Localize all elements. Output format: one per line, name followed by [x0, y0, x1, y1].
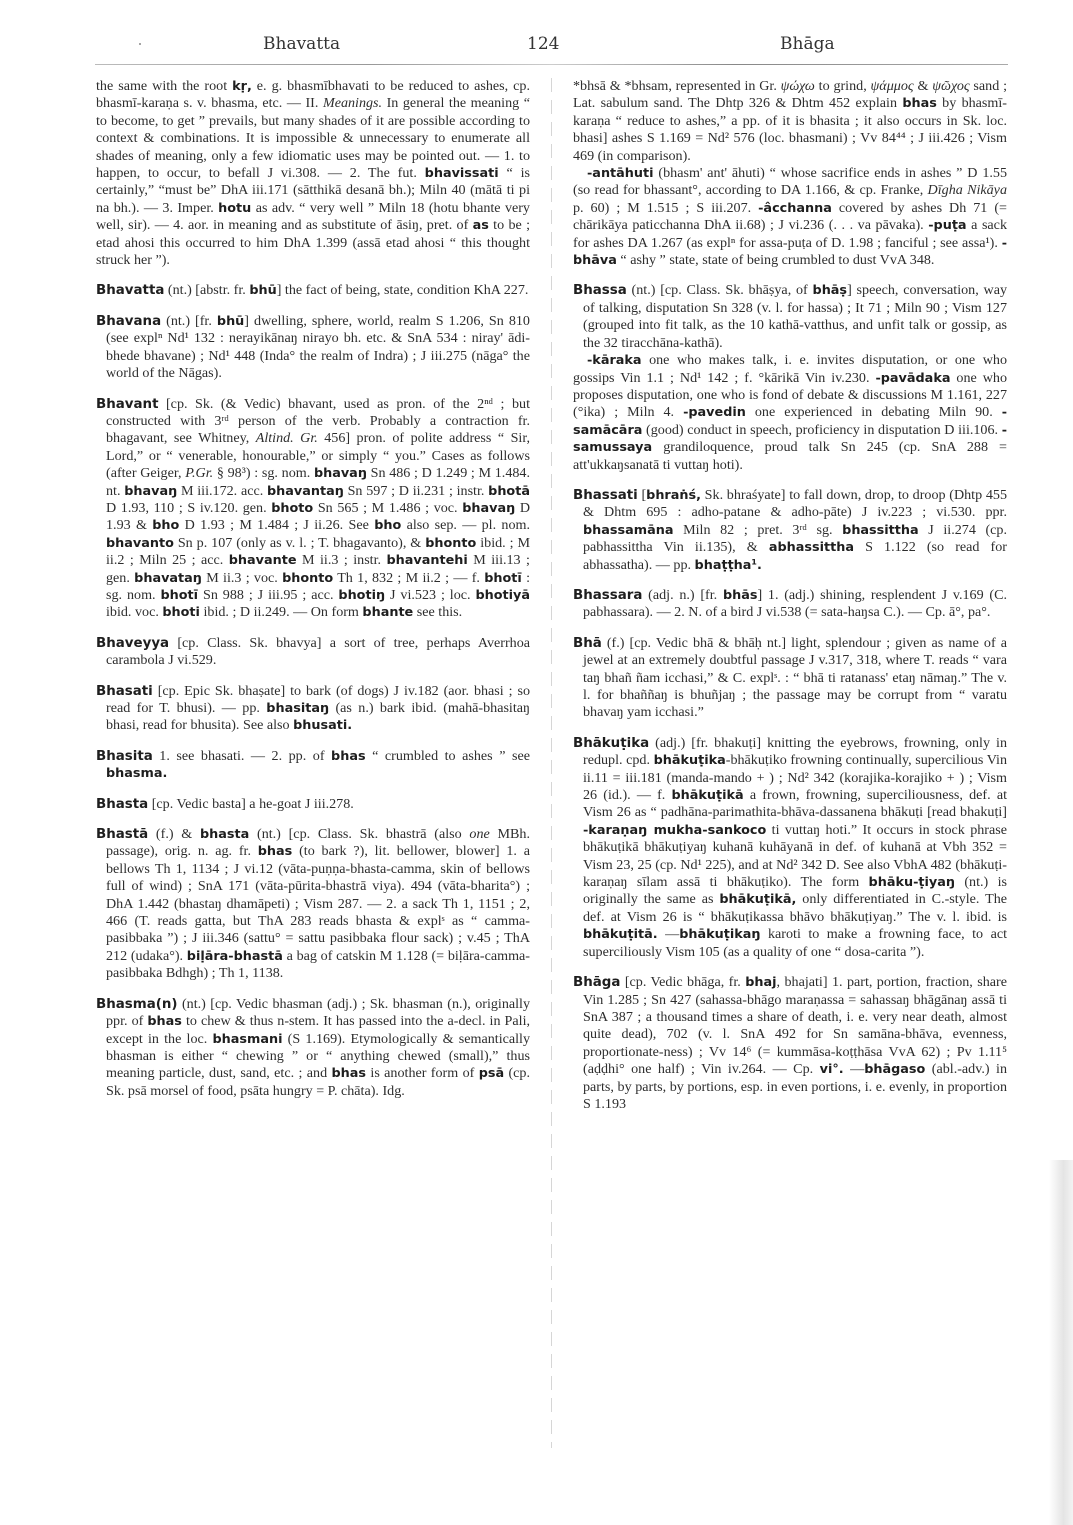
- bold-term: as: [473, 218, 489, 233]
- entry-text: *bhsā & *bhsam, represented in Gr.: [573, 78, 781, 94]
- entry-bhassa: Bhassa (nt.) [cp. Class. Sk. bhāṣya, of …: [573, 282, 1007, 352]
- entry-text: (nt.) [fr.: [161, 313, 217, 329]
- bold-term: bhasitaŋ: [266, 701, 329, 716]
- entry-text: 1. see bhasati. — 2. pp. of: [153, 748, 331, 764]
- entry-text: (to bark ?), lit. bellower, blower] 1. a…: [106, 843, 530, 963]
- entry-bhasta-feminine: Bhastā (f.) & bhasta (nt.) [cp. Class. S…: [96, 826, 530, 983]
- entry-text: also sep. — pl. nom.: [401, 517, 530, 533]
- bold-term: bhavantaŋ: [267, 484, 344, 499]
- headword: Bhā: [573, 636, 602, 651]
- entry-continuation-bhasma: *bhsā & *bhsam, represented in Gr. ψώχω …: [573, 78, 1007, 165]
- entry-text: M iii.172. acc.: [177, 483, 267, 499]
- entry-text: is another form of: [366, 1065, 479, 1081]
- entry-text: (nt.) [abstr. fr.: [164, 282, 249, 298]
- entry-text: p. 60) ; M 1.515 ; S iii.207.: [573, 200, 758, 216]
- bold-term: bhavaŋ: [124, 484, 177, 499]
- bold-term: bhas: [332, 1066, 367, 1081]
- entry-bhavatta: Bhavatta (nt.) [abstr. fr. bhū] the fact…: [96, 282, 530, 299]
- entry-text: —: [844, 1061, 865, 1077]
- bold-term: kṛ,: [232, 79, 252, 94]
- bold-term: bhavissati: [425, 166, 499, 181]
- headword: Bhavant: [96, 397, 158, 412]
- bold-term: bhavante: [229, 553, 297, 568]
- entry-text: [: [638, 487, 646, 503]
- bold-term: bhū: [249, 283, 276, 298]
- bold-term: bhāgaso: [864, 1062, 925, 1077]
- entry-bhaga: Bhāga [cp. Vedic bhāga, fr. bhaj, bhajat…: [573, 974, 1007, 1113]
- entry-bhassati: Bhassati [bhraṅś, Sk. bhraśyate] to fall…: [573, 487, 1007, 574]
- bold-term: bhāku-ṭiyaŋ: [869, 875, 955, 890]
- entry-text: “ crumbled to ashes ” see: [366, 748, 530, 764]
- bold-term: bhraṅś,: [646, 488, 701, 503]
- bold-term: bhas: [902, 96, 937, 111]
- headword: Bhasita: [96, 749, 153, 764]
- headword: Bhastā: [96, 827, 148, 842]
- headword: Bhaveyya: [96, 636, 169, 651]
- entry-text: [cp. Vedic bhāga, fr.: [620, 974, 745, 990]
- bold-term: bhusati.: [293, 718, 352, 733]
- entry-text: Th 1, 832 ; M ii.2 ; — f.: [333, 570, 484, 586]
- entry-text: M ii.3 ; instr.: [297, 552, 387, 568]
- entry-bhasati: Bhasati [cp. Epic Sk. bhaṣate] to bark (…: [96, 683, 530, 735]
- bold-term: bhassamāna: [583, 523, 674, 538]
- bold-term: bhas: [258, 844, 293, 859]
- italic-term: ψώχω: [781, 78, 815, 94]
- entry-text: see this.: [413, 604, 462, 620]
- right-column: *bhsā & *bhsam, represented in Gr. ψώχω …: [573, 78, 1007, 1126]
- bold-term: bhoto: [271, 501, 313, 516]
- bold-term: -kāraka: [587, 353, 642, 368]
- bold-term: bhās: [723, 588, 758, 603]
- bold-term: bhavanto: [106, 536, 174, 551]
- compounds-bhassa: -kāraka one who makes talk, i. e. invite…: [573, 352, 1007, 474]
- bold-term: bhavaŋ: [314, 466, 367, 481]
- compounds-bhasma: -antāhuti (bhasm' ant' āhuti) “ whose sa…: [573, 165, 1007, 269]
- entry-text: (nt.) [cp. Class. Sk. bhāṣya, of: [627, 282, 813, 298]
- bold-term: bhāṣ: [813, 283, 848, 298]
- bold-term: bhoti: [162, 605, 200, 620]
- column-separator: [551, 78, 552, 1448]
- entry-continuation-bhavati: the same with the root kṛ, e. g. bhasmīb…: [96, 78, 530, 269]
- entry-text: —: [658, 926, 680, 942]
- entry-text: (f.) &: [148, 826, 200, 842]
- entry-bhakutika: Bhākuṭika (adj.) [fr. bhakuṭi] knitting …: [573, 735, 1007, 961]
- bold-term: hotu: [218, 201, 251, 216]
- entry-text: D 1.93 ; M 1.484 ; J ii.26. See: [179, 517, 374, 533]
- bold-term: bhavaŋ: [462, 501, 515, 516]
- right-guide-word: Bhāga: [780, 34, 835, 54]
- entry-text: (good) conduct in speech, proficiency in…: [642, 422, 1001, 438]
- entry-text: [cp. Vedic basta] a he-goat J iii.278.: [148, 796, 354, 812]
- entry-text: (nt.) [cp. Class. Sk. bhastrā (also: [249, 826, 469, 842]
- entry-text: M ii.3 ; voc.: [202, 570, 282, 586]
- entry-text: (f.) [cp. Vedic bhā & bhāḥ nt.] light, s…: [583, 635, 1007, 721]
- italic-term: ψῶχος: [932, 78, 969, 94]
- headword: Bhassa: [573, 283, 627, 298]
- bold-term: -antāhuti: [587, 166, 654, 181]
- bold-term: -pavādaka: [875, 371, 950, 386]
- header-rule: [95, 64, 1008, 65]
- running-header: Bhavatta 124 Bhāga: [95, 34, 1008, 60]
- bold-term: psā: [479, 1066, 504, 1081]
- bold-term: bhavantehi: [387, 553, 468, 568]
- headword: Bhākuṭika: [573, 736, 649, 751]
- bold-term: bhaj: [745, 975, 776, 990]
- bold-term: bhotiŋ: [338, 588, 385, 603]
- bold-term: bhassittha: [842, 523, 919, 538]
- italic-term: Altind. Gr.: [256, 430, 318, 446]
- bold-term: bho: [374, 518, 401, 533]
- left-guide-word: Bhavatta: [263, 34, 340, 54]
- bold-term: bhākuṭitā.: [583, 927, 658, 942]
- bold-term: -puṭa: [928, 218, 966, 233]
- entry-bhasma: Bhasma(n) (nt.) [cp. Vedic bhasman (adj.…: [96, 996, 530, 1100]
- entry-text: (adj. n.) [fr.: [642, 587, 723, 603]
- headword: Bhasta: [96, 797, 148, 812]
- entry-text: D 1.93, 110 ; S iv.120. gen.: [106, 500, 271, 516]
- page-number: 124: [527, 34, 559, 54]
- bold-term: -karaṇaŋ mukha-sankoco: [583, 823, 766, 838]
- entry-text: ibid. voc.: [106, 604, 162, 620]
- dictionary-page: Bhavatta 124 Bhāga the same with the roo…: [0, 0, 1073, 1525]
- entry-text: Sn 565 ; M 1.486 ; voc.: [313, 500, 462, 516]
- bold-term: bhākuṭikaŋ: [679, 927, 760, 942]
- headword: Bhassati: [573, 488, 638, 503]
- bold-term: bhante: [362, 605, 413, 620]
- italic-term: ψάμμος: [871, 78, 914, 94]
- italic-term: P.Gr.: [185, 465, 213, 481]
- entry-text: Sn p. 107 (only as v. l. ; T. bhagavanto…: [174, 535, 425, 551]
- bold-term: bhotī: [160, 588, 198, 603]
- entry-text: § 98³) : sg. nom.: [213, 465, 314, 481]
- bold-term: abhassittha: [769, 540, 854, 555]
- bold-term: biḷāra-bhastā: [187, 949, 283, 964]
- entry-bhavana: Bhavana (nt.) [fr. bhū] dwelling, sphere…: [96, 313, 530, 383]
- entry-text: Sn 988 ; J iii.95 ; acc.: [198, 587, 338, 603]
- bold-term: bhotī: [484, 571, 522, 586]
- bold-term: -pavedin: [683, 405, 746, 420]
- italic-term: Meanings.: [323, 95, 382, 111]
- entry-text: &: [914, 78, 933, 94]
- entry-bhavant: Bhavant [cp. Sk. (& Vedic) bhavant, used…: [96, 396, 530, 622]
- bold-term: vi°.: [820, 1062, 844, 1077]
- bold-term: bhū: [217, 314, 244, 329]
- bold-term: bhākuṭikā: [672, 788, 744, 803]
- entry-text: one experienced in debating Miln 90.: [746, 404, 1002, 420]
- entry-text: Miln 82 ; pret. 3ʳᵈ sg.: [674, 522, 843, 538]
- entry-text: J vi.523 ; loc.: [385, 587, 475, 603]
- bold-term: bhasmani: [212, 1032, 282, 1047]
- bold-term: bhavataŋ: [134, 571, 202, 586]
- bold-term: bhasma.: [106, 766, 167, 781]
- entry-bhassara: Bhassara (adj. n.) [fr. bhās] 1. (adj.) …: [573, 587, 1007, 622]
- bold-term: bhotiyā: [475, 588, 530, 603]
- headword: Bhavatta: [96, 283, 164, 298]
- bold-term: bhas: [147, 1014, 182, 1029]
- headword: Bhasati: [96, 684, 153, 699]
- italic-term: one: [469, 826, 489, 842]
- bold-term: bhonto: [425, 536, 476, 551]
- bold-term: bhotā: [488, 484, 530, 499]
- entry-text: [cp. Class. Sk. bhavya] a sort of tree, …: [106, 635, 530, 668]
- bold-term: bhasta: [200, 827, 249, 842]
- entry-text: Sn 597 ; D ii.231 ; instr.: [344, 483, 488, 499]
- entry-text: “ ashy ” state, state of being crumbled …: [617, 252, 935, 268]
- bold-term: bhaṭṭha¹.: [695, 558, 762, 573]
- headword: Bhasma(n): [96, 997, 178, 1012]
- entry-bhasita: Bhasita 1. see bhasati. — 2. pp. of bhas…: [96, 748, 530, 783]
- left-column: the same with the root kṛ, e. g. bhasmīb…: [96, 78, 530, 1113]
- bold-term: bhas: [331, 749, 366, 764]
- entry-text: the same with the root: [96, 78, 232, 94]
- entry-text: ] the fact of being, state, condition Kh…: [277, 282, 529, 298]
- bold-term: bhākuṭika: [654, 753, 726, 768]
- entry-bhasta: Bhasta [cp. Vedic basta] a he-goat J iii…: [96, 796, 530, 813]
- entry-text: to grind,: [815, 78, 871, 94]
- bold-term: bho: [152, 518, 179, 533]
- headword: Bhassara: [573, 588, 642, 603]
- italic-term: Dīgha Nikāya: [928, 182, 1007, 198]
- bold-term: -âcchanna: [758, 201, 832, 216]
- bold-term: bhonto: [282, 571, 333, 586]
- entry-text: ibid. ; D ii.249. — On form: [200, 604, 362, 620]
- headword: Bhavana: [96, 314, 161, 329]
- headword: Bhāga: [573, 975, 620, 990]
- entry-bha: Bhā (f.) [cp. Vedic bhā & bhāḥ nt.] ligh…: [573, 635, 1007, 722]
- bold-term: bhākuṭikā,: [719, 892, 796, 907]
- scan-page-edge-shadow: [1049, 1160, 1073, 1525]
- entry-bhaveyya: Bhaveyya [cp. Class. Sk. bhavya] a sort …: [96, 635, 530, 670]
